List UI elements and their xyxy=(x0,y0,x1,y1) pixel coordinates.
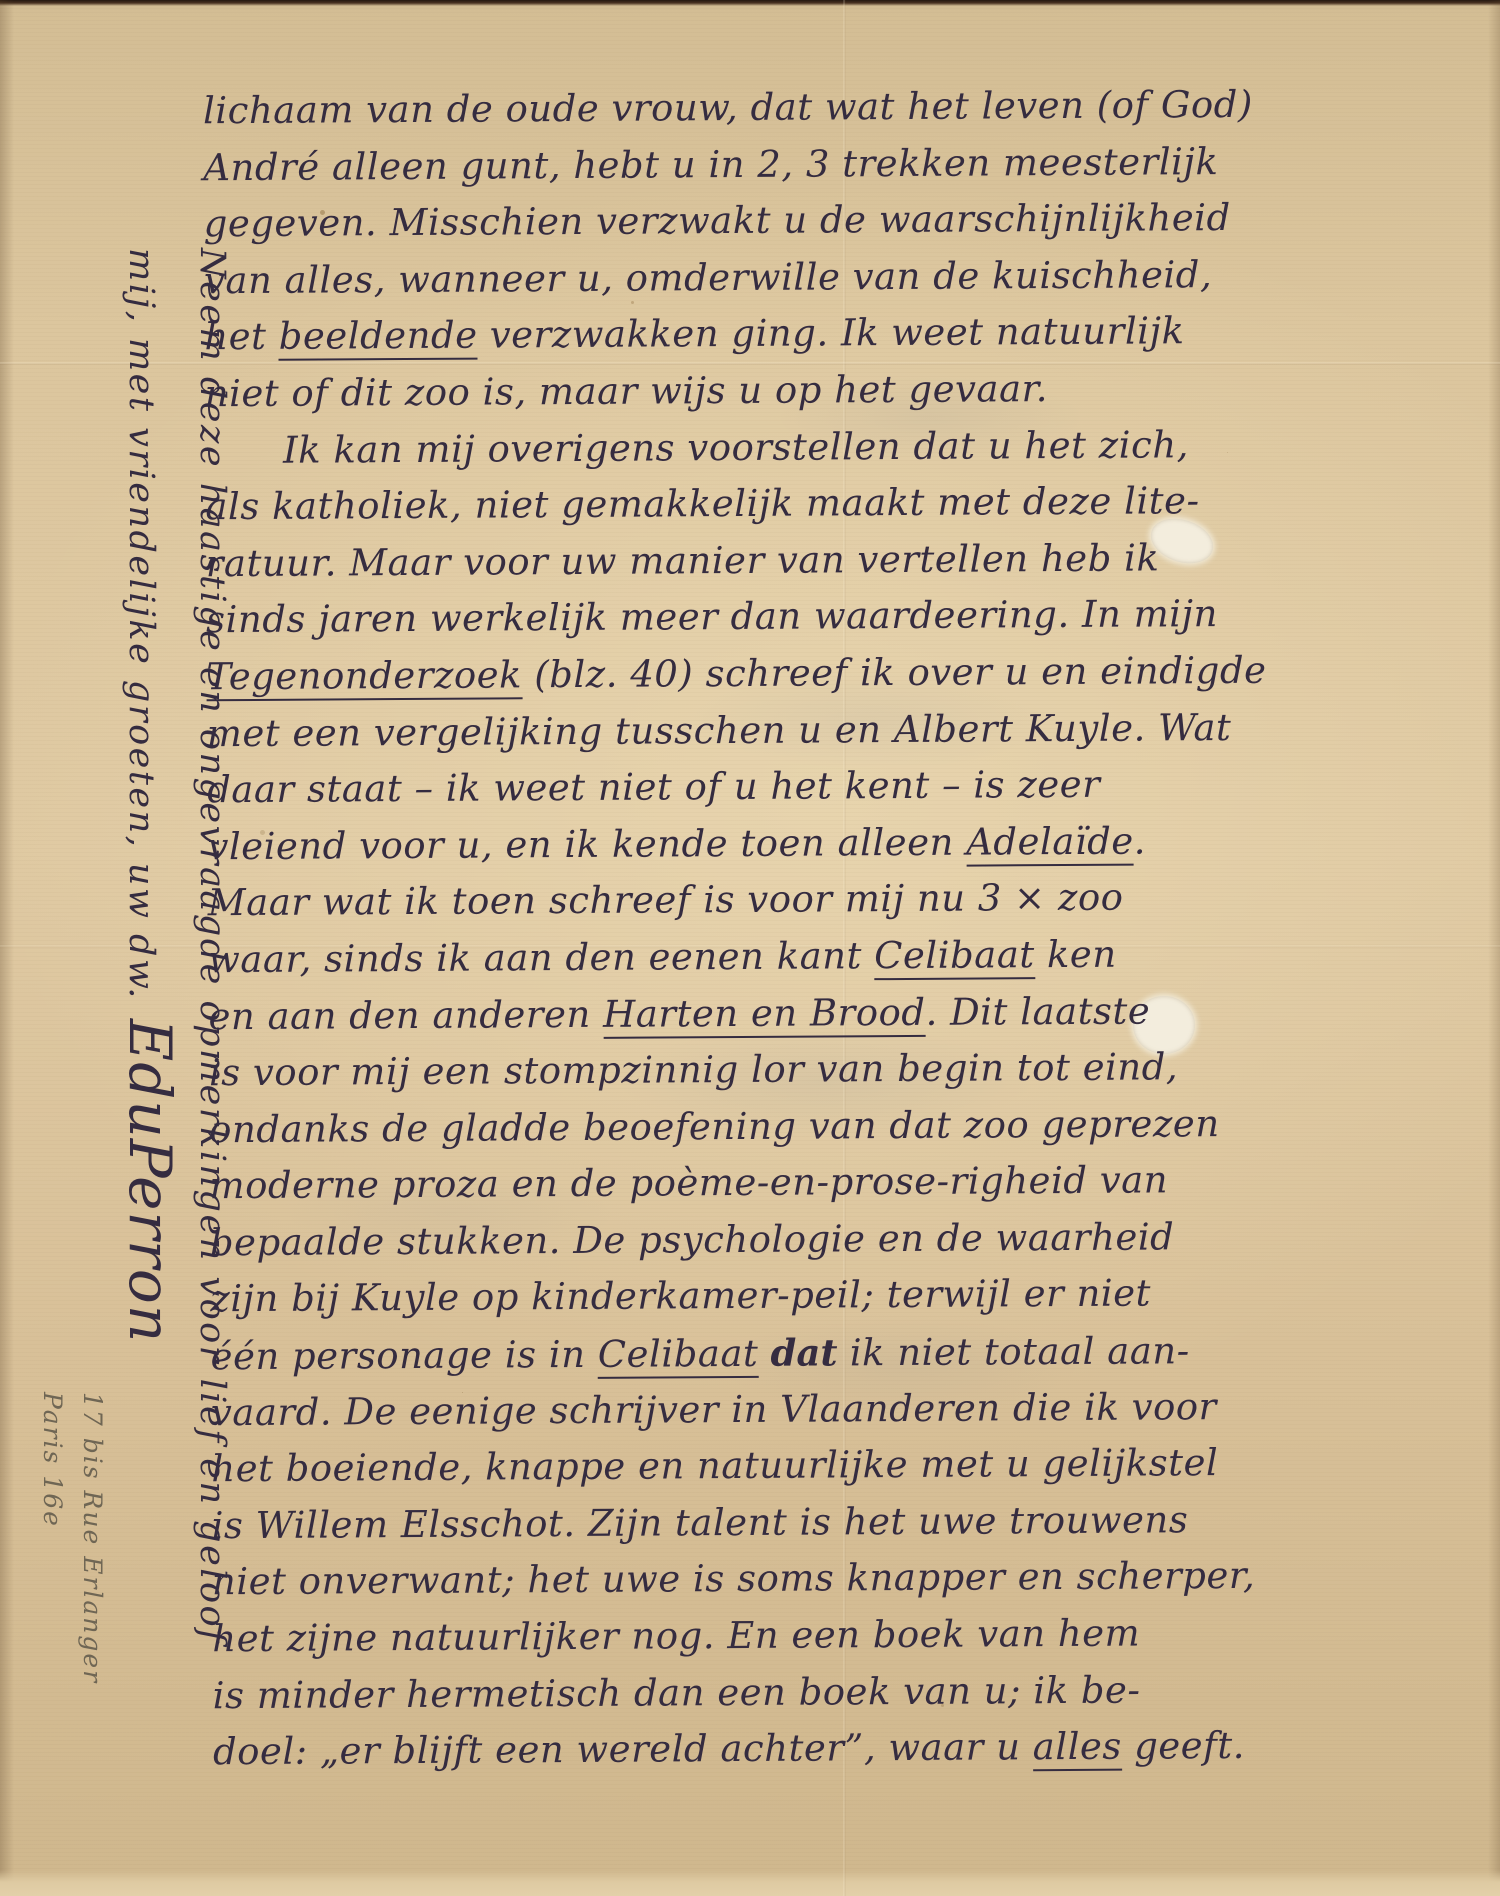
letter-line: moderne proza en de poème-en-prose-righe… xyxy=(209,1152,1269,1215)
line-text: niet of dit zoo is, maar wijs u op het g… xyxy=(205,367,1049,415)
underlined-word: beeldende xyxy=(279,314,478,361)
line-text: ratuur. Maar voor uw manier van vertelle… xyxy=(206,536,1160,585)
letter-line: Maar wat ik toen schreef is voor mij nu … xyxy=(208,869,1268,932)
line-text: . xyxy=(1134,819,1147,862)
line-text: ik niet totaal aan- xyxy=(837,1329,1189,1374)
letter-line: doel: „er blijft een wereld achter”, waa… xyxy=(213,1718,1273,1781)
letter-line: is Willem Elsschot. Zijn talent is het u… xyxy=(211,1492,1271,1555)
letter-line: niet of dit zoo is, maar wijs u op het g… xyxy=(205,360,1265,423)
address-line: Paris 16e xyxy=(32,1392,72,1812)
underlined-word: Adelaïde xyxy=(966,819,1134,866)
letter-line: is voor mij een stompzinnig lor van begi… xyxy=(209,1039,1269,1102)
letter-line: zijn bij Kuyle op kinderkamer-peil; terw… xyxy=(210,1265,1270,1328)
letter-line: niet onverwant; het uwe is soms knapper … xyxy=(212,1548,1272,1611)
letter-line: bepaalde stukken. De psychologie en de w… xyxy=(210,1209,1270,1272)
line-text: verzwakken ging. Ik weet natuurlijk xyxy=(477,310,1184,357)
line-text: moderne proza en de poème-en-prose-righe… xyxy=(209,1159,1168,1208)
letter-line: van alles, wanneer u, omderwille van de … xyxy=(204,247,1264,310)
letter-line: vaard. De eenige schrijver in Vlaanderen… xyxy=(211,1378,1271,1441)
address-line: 17 bis Rue Erlanger xyxy=(72,1392,112,1812)
line-text: sinds jaren werkelijk meer dan waardeeri… xyxy=(206,592,1218,641)
letter-line: ratuur. Maar voor uw manier van vertelle… xyxy=(206,530,1266,593)
line-text: vaard. De eenige schrijver in Vlaanderen… xyxy=(211,1385,1217,1434)
underlined-word: Celibaat xyxy=(598,1332,759,1379)
letter-line: sinds jaren werkelijk meer dan waardeeri… xyxy=(206,586,1266,649)
line-text: . Dit laatste xyxy=(925,989,1150,1033)
letter-body: lichaam van de oude vrouw, dat wat het l… xyxy=(203,77,1273,1781)
line-text: Maar wat ik toen schreef is voor mij nu … xyxy=(208,876,1124,925)
letter-line: waar, sinds ik aan den eenen kant Celiba… xyxy=(208,926,1268,989)
scan-edge-bottom xyxy=(0,1870,1500,1896)
emphasized-word: dat xyxy=(770,1330,837,1374)
sender-address: 17 bis Rue Erlanger Paris 16e xyxy=(32,1392,112,1812)
line-text: Ik kan mij overigens voorstellen dat u h… xyxy=(283,423,1189,472)
line-text: met een vergelijking tusschen u en Alber… xyxy=(207,706,1232,755)
line-text: daar staat – ik weet niet of u het kent … xyxy=(207,763,1100,811)
letter-page: lichaam van de oude vrouw, dat wat het l… xyxy=(0,0,1500,1896)
margin-closing-note: Neem deze haastige en ongevraagde opmerk… xyxy=(110,248,243,1748)
letter-line: het beeldende verzwakken ging. Ik weet n… xyxy=(204,303,1264,366)
letter-line: André alleen gunt, hebt u in 2, 3 trekke… xyxy=(203,133,1263,196)
letter-line: daar staat – ik weet niet of u het kent … xyxy=(207,756,1267,819)
line-text: zijn bij Kuyle op kinderkamer-peil; terw… xyxy=(210,1272,1151,1321)
line-text: doel: „er blijft een wereld achter”, waa… xyxy=(213,1725,1033,1773)
line-text: ondanks de gladde beoefening van dat zoo… xyxy=(209,1102,1220,1151)
line-text: lichaam van de oude vrouw, dat wat het l… xyxy=(203,83,1253,132)
signature: EduPerron xyxy=(116,1001,184,1343)
scan-edge-left xyxy=(0,0,14,1896)
margin-line: mij, met vriendelijke groeten, uw dw.Edu… xyxy=(110,248,181,1748)
letter-line: het boeiende, knappe en natuurlijke met … xyxy=(211,1435,1271,1498)
letter-line: vleiend voor u, en ik kende toen alleen … xyxy=(207,812,1267,875)
letter-line: ondanks de gladde beoefening van dat zoo… xyxy=(209,1095,1269,1158)
line-text: als katholiek, niet gemakkelijk maakt me… xyxy=(205,479,1199,528)
line-text: ken xyxy=(1035,933,1117,976)
line-text: waar, sinds ik aan den eenen kant xyxy=(208,934,874,981)
line-text: niet onverwant; het uwe is soms knapper … xyxy=(212,1554,1255,1603)
line-text: en aan den anderen xyxy=(208,992,603,1037)
line-text: is voor mij een stompzinnig lor van begi… xyxy=(209,1045,1179,1094)
line-text: het boeiende, knappe en natuurlijke met … xyxy=(211,1441,1218,1490)
line-text xyxy=(758,1332,771,1375)
scan-edge-right xyxy=(1488,0,1500,1896)
letter-line: het zijne natuurlijker nog. En een boek … xyxy=(212,1605,1272,1668)
letter-line: Tegenonderzoek (blz. 40) schreef ik over… xyxy=(206,643,1266,706)
line-text: het zijne natuurlijker nog. En een boek … xyxy=(212,1612,1140,1661)
letter-line: met een vergelijking tusschen u en Alber… xyxy=(207,699,1267,762)
line-text: bepaalde stukken. De psychologie en de w… xyxy=(210,1215,1175,1264)
margin-line-text: mij, met vriendelijke groeten, uw dw. xyxy=(121,248,161,1001)
letter-line: en aan den anderen Harten en Brood. Dit … xyxy=(208,982,1268,1045)
letter-line: Ik kan mij overigens voorstellen dat u h… xyxy=(205,416,1265,479)
line-text: geeft. xyxy=(1122,1724,1245,1768)
letter-line: is minder hermetisch dan een boek van u;… xyxy=(213,1661,1273,1724)
line-text: (blz. 40) schreef ik over u en eindigde xyxy=(522,649,1267,697)
line-text: van alles, wanneer u, omderwille van de … xyxy=(204,253,1212,302)
letter-line: gegeven. Misschien verzwakt u de waarsch… xyxy=(204,190,1264,253)
line-text: vleiend voor u, en ik kende toen alleen xyxy=(207,820,966,868)
line-text: is Willem Elsschot. Zijn talent is het u… xyxy=(212,1498,1189,1547)
margin-line: Neem deze haastige en ongevraagde opmerk… xyxy=(181,248,243,1748)
letter-line: één personage is in Celibaat dat ik niet… xyxy=(210,1322,1270,1385)
underlined-word: Celibaat xyxy=(874,933,1035,980)
underlined-word: alles xyxy=(1033,1725,1122,1772)
line-text: André alleen gunt, hebt u in 2, 3 trekke… xyxy=(203,140,1218,189)
letter-line: lichaam van de oude vrouw, dat wat het l… xyxy=(203,77,1263,140)
line-text: één personage is in xyxy=(210,1333,597,1378)
letter-line: als katholiek, niet gemakkelijk maakt me… xyxy=(205,473,1265,536)
underlined-word: Harten en Brood xyxy=(603,990,926,1038)
underlined-word: Tegenonderzoek xyxy=(206,653,522,701)
scan-edge-top xyxy=(0,0,1500,6)
line-text: is minder hermetisch dan een boek van u;… xyxy=(213,1668,1141,1717)
line-text: gegeven. Misschien verzwakt u de waarsch… xyxy=(204,196,1231,245)
